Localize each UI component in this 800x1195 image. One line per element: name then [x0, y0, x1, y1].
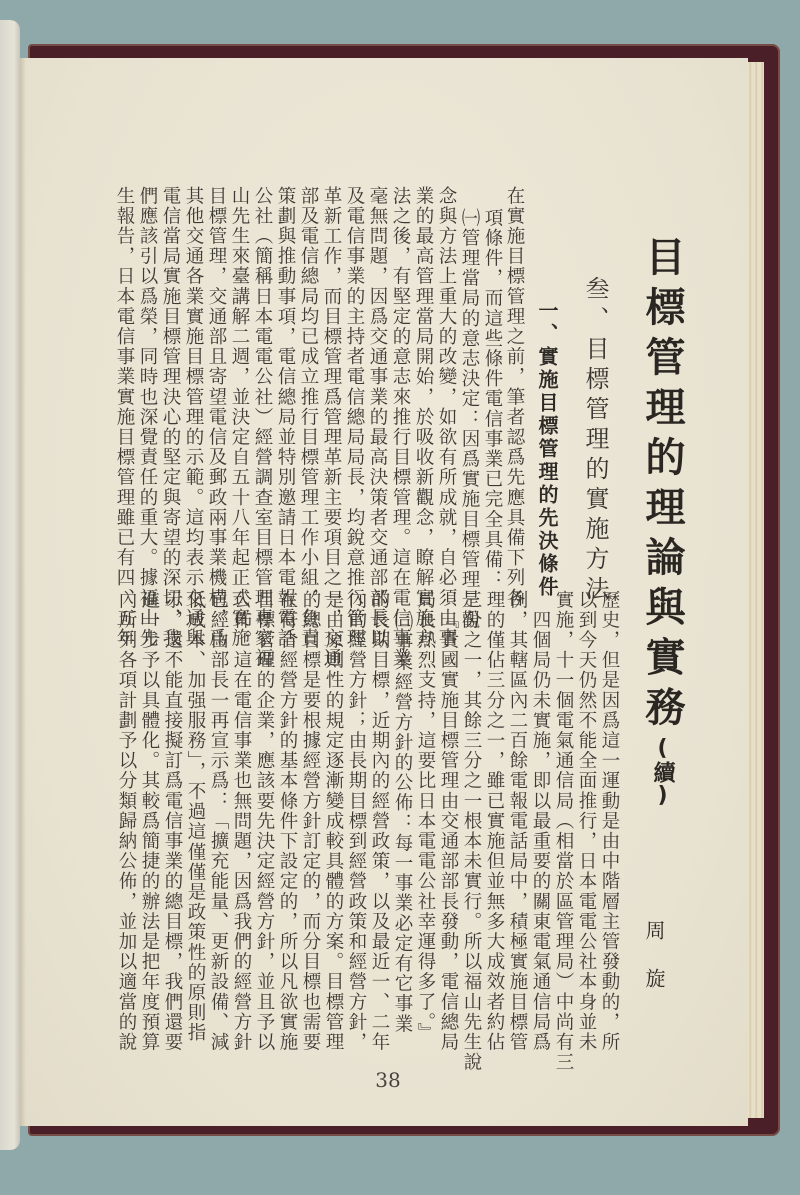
text-column: 以到今天仍然不能全面推行，日本電電公社本身並未: [575, 590, 597, 1052]
text-column: 局長熱烈支持，這要比日本電電公社幸運得多了。』: [414, 590, 436, 1043]
text-column: 電信當局實施目標管理決心的堅定與寄望的深切，我: [159, 186, 181, 648]
text-column: 例，其轄區內二百餘電報電話局中，積極實施目標管: [506, 590, 528, 1052]
text-column: 進一步予以具體化。其較爲簡捷的辦法是把年度預算: [138, 590, 160, 1052]
text-column: 山先生來臺講解二週，並決定自五十八年起正式實施: [228, 186, 250, 648]
text-column: 三分之一，其餘三分之一根本未實行。所以福山先生說: [460, 590, 482, 1072]
text-column: 內所列各項計劃予以分類歸納公佈，並加以適當的說: [115, 590, 137, 1052]
article-title-text: 目標管理的理論與實務: [639, 236, 685, 736]
text-column: 及電信事業的主持者電信總局局長，均銳意推行管理: [343, 186, 365, 648]
text-column: 生報告，日本電信事業實施目標管理雖已有四、五年: [113, 186, 135, 648]
text-column: 業的最高管理當局開始，於吸收新觀念，瞭解實施方: [412, 186, 434, 648]
page-number: 38: [358, 1068, 418, 1092]
text-column: 在符合經營方針的基本條件下設定的，所以凡欲實施: [276, 590, 298, 1052]
text-column: 的長期目標，近期內的經營政策，以及最近一、二年: [368, 590, 390, 1052]
text-column: 在實施目標管理之前，筆者認爲先應具備下列各: [503, 186, 525, 608]
text-column: 目標管理，交通部且寄望電信及郵政兩事業機構，爲: [205, 186, 227, 648]
text-column: 目標管理的企業，應該要先決定經營方針，並且予以: [253, 590, 275, 1052]
text-column: 法之後，有堅定的意志來推行目標管理。這在電信事業: [389, 186, 411, 668]
text-column: 低成本、加强服務」，不過這僅僅是政策性的原則指: [184, 590, 206, 1043]
book-page: 目標管理的理論與實務(續) 周旋 叁、目標管理的實施方法 一、實施目標管理的先決…: [20, 58, 748, 1126]
subsection-heading: 一、實施目標管理的先決條件: [533, 300, 562, 599]
section-heading: 叁、目標管理的實施方法: [578, 276, 613, 606]
text-column: 示，還不能直接擬訂爲電信事業的總目標，我們還要: [161, 590, 183, 1052]
text-column: 部及電信總局均已成立推行目標管理工作小組，負責: [297, 186, 319, 648]
article-title-suffix: (續): [650, 736, 675, 808]
text-column: ㈠管理當局的意志決定：因爲實施目標管理是觀: [458, 208, 480, 630]
text-column: 內的經營方針；由長期目標到經營政策和經營方針，: [345, 590, 367, 1052]
text-column: 公佈。這在電信事業也無問題，因爲我們的經營方針: [230, 590, 252, 1052]
text-column: 其他交通各業實施目標管理的示範。這均表示交通與: [182, 186, 204, 648]
text-column: 的總目標是要根據經營方針訂定的，而分目標也需要: [299, 590, 321, 1052]
text-column: 、四個局仍未實施，即以最重要的關東電氣通信局爲: [529, 590, 551, 1052]
text-column: 策劃與推動事項，電信總局並特別邀請日本電報電話: [274, 186, 296, 648]
text-column: 理的僅佔三分之一，雖已實施但並無多大成效者約佔: [483, 590, 505, 1052]
text-column: ：『貴國實施目標管理由交通部部長發動，電信總局: [437, 590, 459, 1052]
text-column: 念與方法上重大的改變，如欲有所成就，自必須由事: [435, 186, 457, 648]
text-column: 是由原則性的規定逐漸變成較具體的方案。目標管理: [322, 590, 344, 1052]
text-column: ㈡事業經營方針的公佈：每一事業必定有它事業: [391, 612, 413, 1034]
article-title: 目標管理的理論與實務(續): [634, 236, 691, 808]
text-column: 實施，十一個電氣通信局（相當於區管理局）中尚有三: [552, 590, 574, 1072]
text-column: 已經由部長一再宣示爲：「擴充能量、更新設備、減: [207, 590, 229, 1052]
author-name: 周旋: [640, 920, 669, 1016]
text-column: 們應該引以爲榮，同時也深覺責任的重大。據福山先: [136, 186, 158, 648]
text-column: 毫無問題，因爲交通事業的最高決策者交通部部長以: [366, 186, 388, 648]
text-column: 項條件，而這些條件電信事業已完全具備：: [481, 208, 503, 590]
text-column: 歷史，但是因爲這一運動是由中階層主管發動的，所: [598, 590, 620, 1052]
facing-page-edge: [0, 20, 20, 1150]
